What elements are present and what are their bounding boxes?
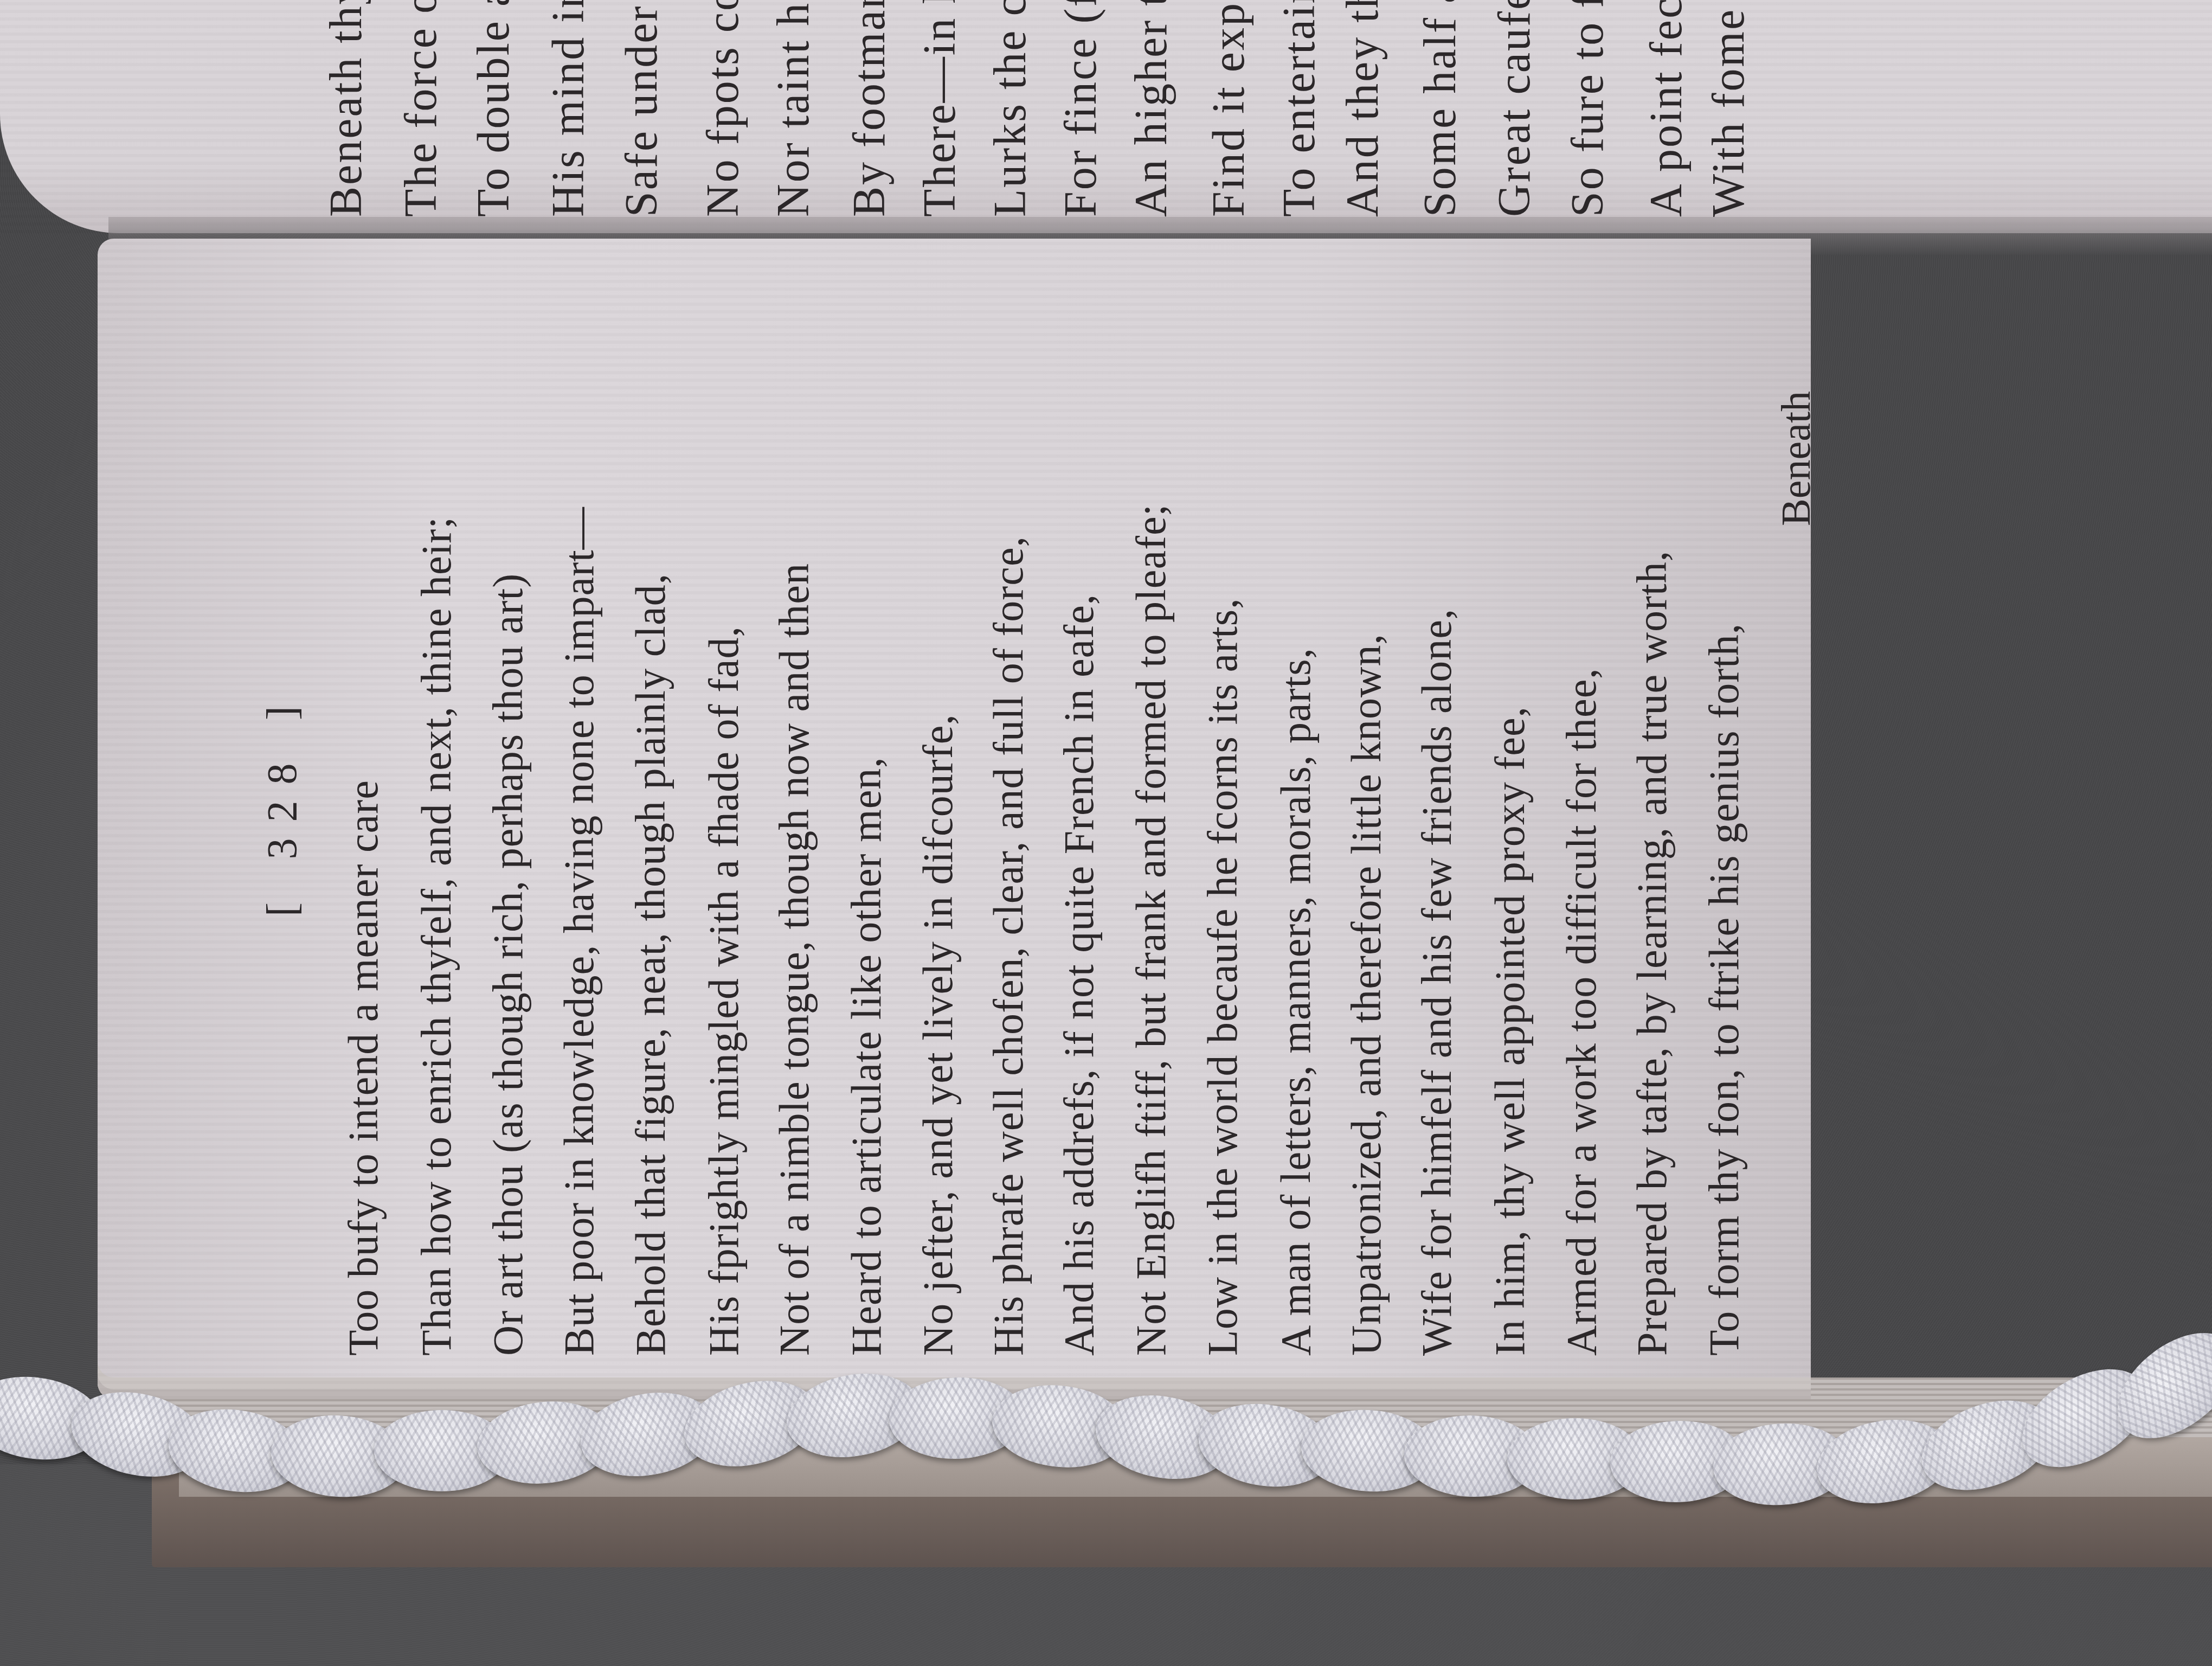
poem-line: Not of a nimble tongue, though now and t…: [770, 563, 819, 1356]
poem-line: Too bufy to intend a meaner care: [339, 780, 388, 1356]
catchword: Beneath: [1773, 391, 1820, 526]
poem-line: Low in the world becaufe he fcorns its a…: [1198, 598, 1247, 1356]
poem-line: Unpatronized, and therefore little known…: [1342, 633, 1391, 1356]
poem-line: No jefter, and yet lively in difcourfe,: [914, 714, 962, 1356]
right-line: An higher t: [1125, 0, 1178, 217]
right-line: For fince (f: [1054, 0, 1107, 217]
right-line: A point fecu: [1640, 0, 1693, 217]
poem-line: His phrafe well chofen, clear, and full …: [984, 536, 1033, 1356]
braided-cord-weight: [0, 1377, 2212, 1518]
poem-line: Not Englifh ftiff, but frank and formed …: [1127, 504, 1175, 1356]
right-line: Find it expe: [1203, 0, 1255, 217]
poem-line: Or art thou (as though rich, perhaps tho…: [484, 573, 532, 1356]
poem-line: To form thy fon, to ftrike his genius fo…: [1700, 623, 1748, 1356]
right-line: By footman: [843, 0, 896, 217]
poem-line: Behold that figure, neat, though plainly…: [626, 573, 675, 1356]
right-line: Beneath thy: [320, 0, 372, 217]
right-line: No fpots co: [697, 0, 749, 217]
right-line: To entertain: [1273, 0, 1326, 217]
poem-line: And his addrefs, if not quite French in …: [1054, 594, 1103, 1356]
right-line: With fome: [1702, 8, 1755, 217]
poem-line: Heard to articulate like other men,: [842, 757, 891, 1356]
poem-line: A man of letters, manners, morals, parts…: [1271, 648, 1320, 1356]
poem-line: But poor in knowledge, having none to im…: [555, 507, 603, 1356]
page-number: [ 328 ]: [258, 690, 306, 917]
right-line: The force o: [395, 0, 447, 217]
right-line: Safe under: [615, 4, 668, 217]
poem-line: In him, thy well appointed proxy fee,: [1486, 706, 1534, 1356]
right-line: There—in h: [914, 0, 966, 217]
poem-line: Wife for himfelf and his few friends alo…: [1412, 608, 1461, 1356]
poem-line: His fprightly mingled with a fhade of fa…: [699, 626, 748, 1356]
right-line: Some half a: [1414, 0, 1467, 217]
right-line: Great caufe: [1488, 0, 1541, 217]
right-line: Lurks the co: [984, 0, 1037, 217]
poem-line: Prepared by tafte, by learning, and true…: [1628, 550, 1676, 1356]
right-line: Nor taint h: [767, 2, 820, 217]
right-line: His mind in: [542, 0, 595, 217]
poem-line: Than how to enrich thyfelf, and next, th…: [412, 516, 461, 1356]
right-line: And they th: [1336, 0, 1389, 217]
poem-line: Armed for a work too difficult for thee,: [1557, 668, 1606, 1356]
right-line: So fure to fp: [1561, 0, 1614, 217]
right-line: To double a: [467, 0, 520, 217]
